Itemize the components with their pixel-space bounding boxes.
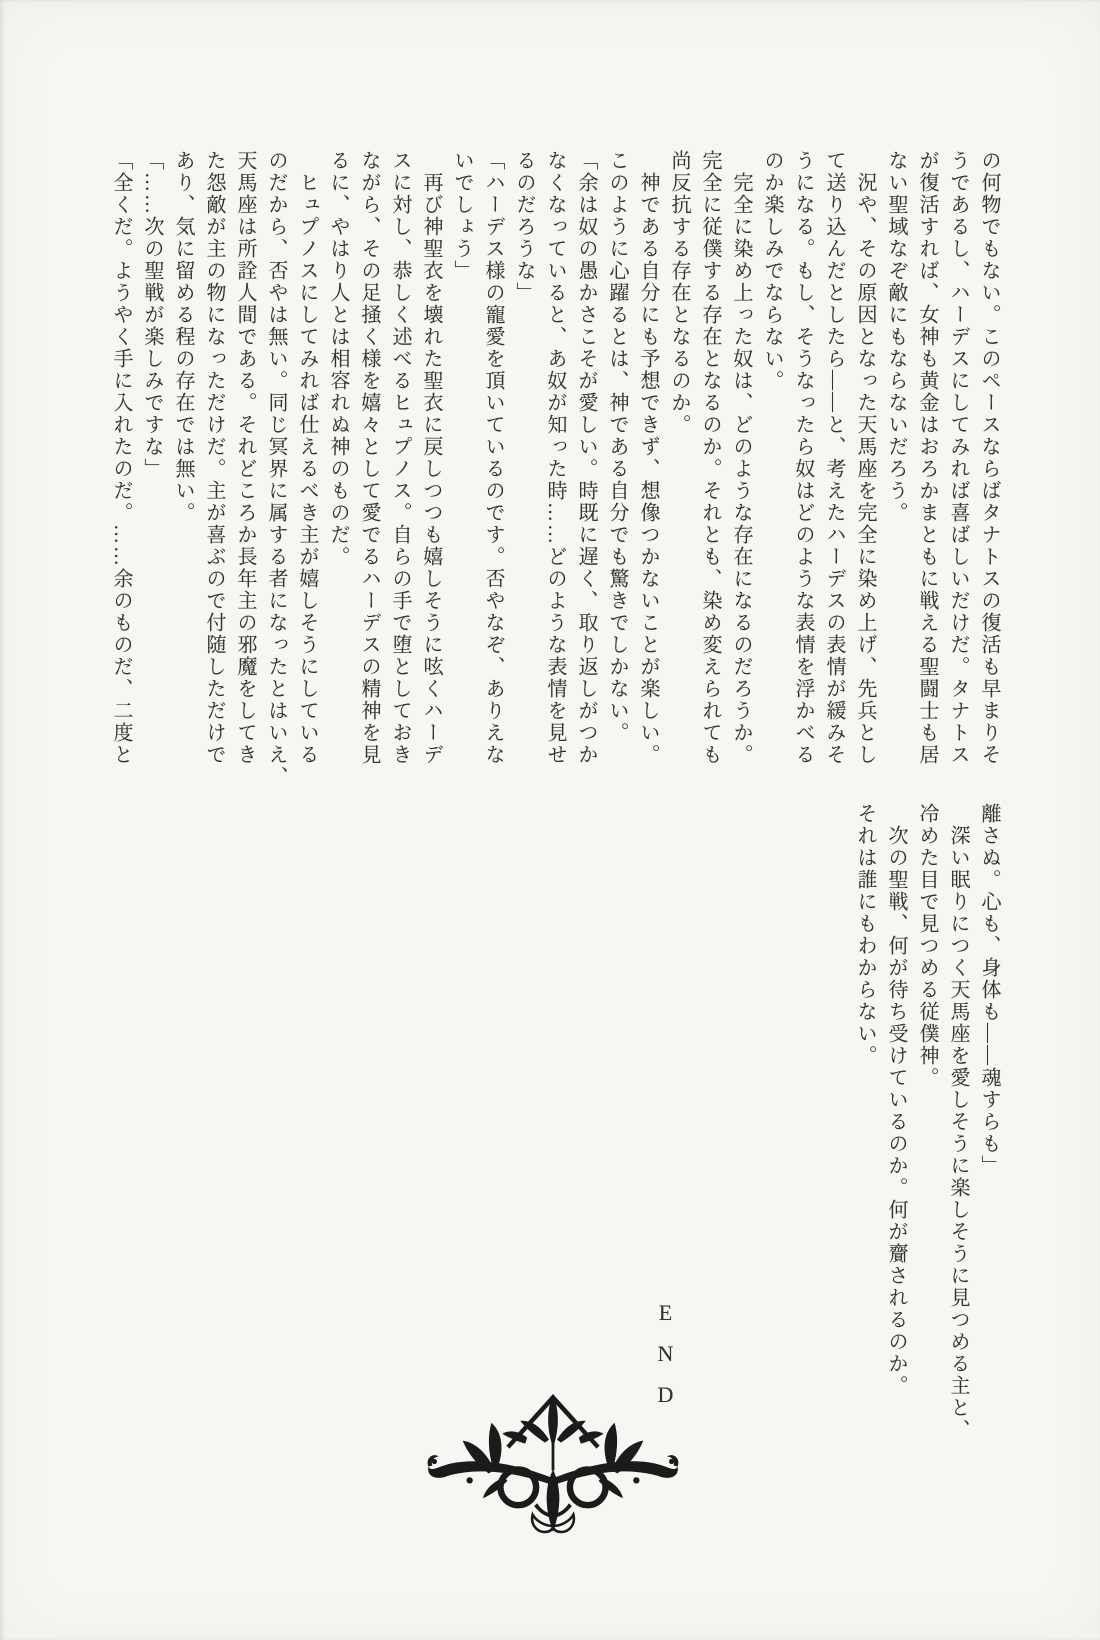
story-text-lower: 離さぬ。心も、身体も――魂すらも」 深い眠りにつく天馬座を愛しそうに楽しそうに見… — [849, 803, 1004, 1473]
story-text-upper: の何物でもない。このペースならばタナトスの復活も早まりそ うであるし、ハーデスに… — [105, 150, 1004, 820]
floral-flourish-icon — [424, 1386, 682, 1540]
scanned-page: の何物でもない。このペースならばタナトスの復活も早まりそ うであるし、ハーデスに… — [0, 0, 1100, 1640]
